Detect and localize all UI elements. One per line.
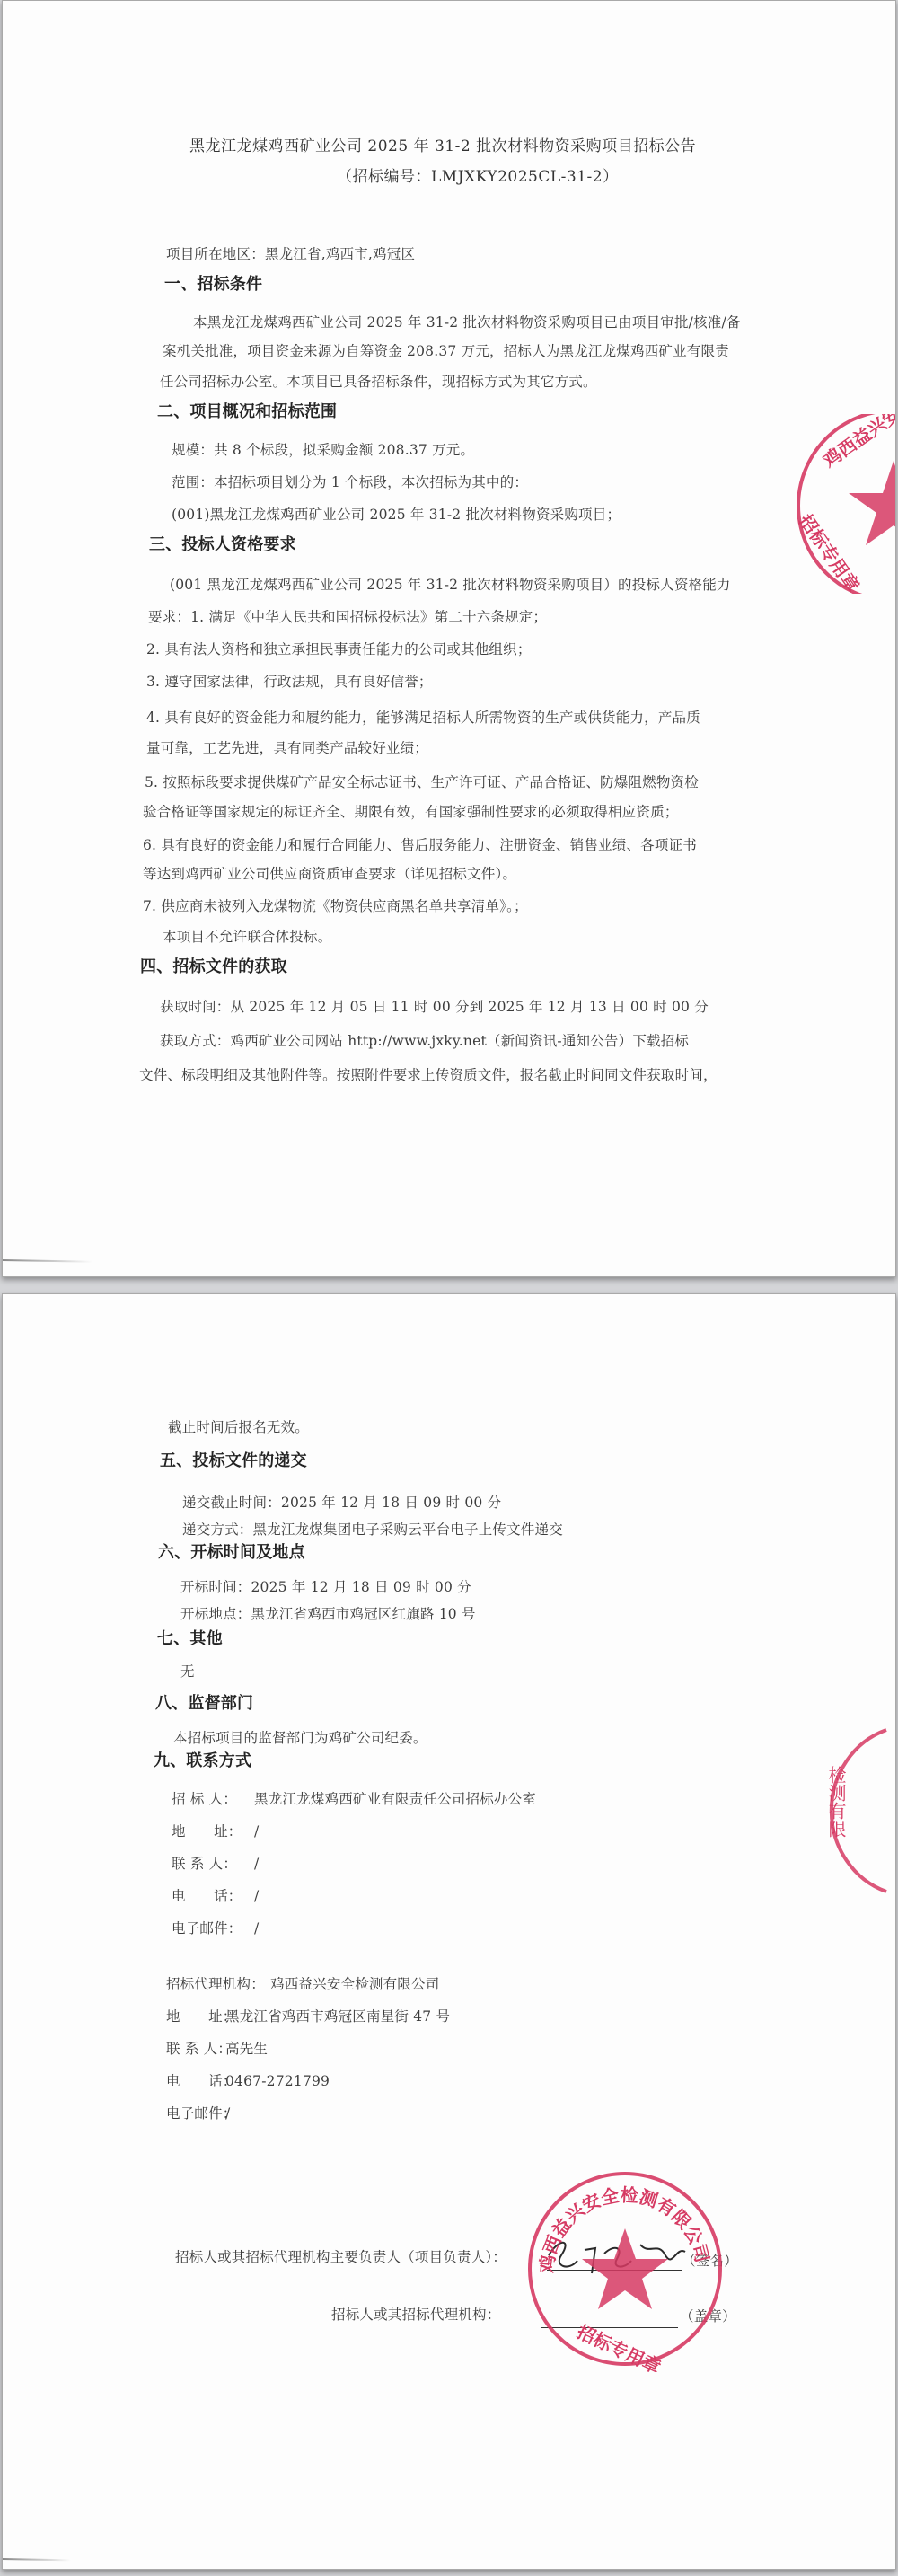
contact-label: 招标代理机构： bbox=[166, 1975, 265, 1993]
sign-suffix: （签名） bbox=[682, 2252, 738, 2270]
organization-label: 招标人或其招标代理机构： bbox=[331, 2306, 500, 2324]
agency-contact: 高先生 bbox=[225, 2040, 268, 2058]
cross-page-seal-icon: 检测有限 bbox=[811, 1712, 895, 1901]
contact-label: 招 标 人： bbox=[172, 1790, 237, 1808]
agency-email: / bbox=[225, 2104, 230, 2122]
paragraph-line: 等达到鸡西矿业公司供应商资质审查要求（详见招标文件）。 bbox=[143, 865, 516, 883]
section-heading: 五、投标文件的递交 bbox=[160, 1452, 307, 1470]
svg-text:招标专用章: 招标专用章 bbox=[574, 2321, 665, 2372]
handwritten-signature-icon bbox=[541, 2228, 694, 2291]
seal-stamp-icon: 鸡西益兴安 招标专用章 bbox=[782, 414, 896, 594]
tenderer-email: / bbox=[254, 1919, 259, 1937]
paragraph-line: 案机关批准，项目资金来源为自筹资金 208.37 万元，招标人为黑龙江龙煤鸡西矿… bbox=[163, 342, 729, 360]
contact-label: 地 址： bbox=[172, 1822, 242, 1840]
paragraph-line: (001)黑龙江龙煤鸡西矿业公司 2025 年 31-2 批次材料物资采购项目； bbox=[172, 506, 621, 524]
paragraph-line: 6. 具有良好的资金能力和履行合同能力、售后服务能力、注册资金、销售业绩、各项证… bbox=[143, 836, 697, 854]
paragraph-line: 获取时间：从 2025 年 12 月 05 日 11 时 00 分到 2025 … bbox=[160, 998, 709, 1016]
section-heading: 四、招标文件的获取 bbox=[140, 958, 287, 976]
paragraph-line: 文件、标段明细及其他附件等。按照附件要求上传资质文件，报名截止时间同文件获取时间… bbox=[139, 1066, 718, 1084]
paragraph-line: 本黑龙江龙煤鸡西矿业公司 2025 年 31-2 批次材料物资采购项目已由项目审… bbox=[193, 313, 741, 331]
paragraph-line: 截止时间后报名无效。 bbox=[168, 1418, 309, 1436]
section-heading: 八、监督部门 bbox=[155, 1695, 253, 1713]
tenderer-address: / bbox=[254, 1822, 259, 1840]
paragraph-line: 无 bbox=[180, 1663, 195, 1681]
paragraph-line: 本项目不允许联合体投标。 bbox=[163, 928, 331, 946]
paragraph-line: 范围：本招标项目划分为 1 个标段，本次招标为其中的： bbox=[172, 473, 528, 491]
paragraph-line: 2. 具有法人资格和独立承担民事责任能力的公司或其他组织； bbox=[146, 640, 532, 658]
svg-text:鸡西益兴安: 鸡西益兴安 bbox=[818, 414, 896, 472]
agency-address: 黑龙江省鸡西市鸡冠区南星街 47 号 bbox=[225, 2007, 450, 2025]
contact-label: 联 系 人： bbox=[172, 1855, 237, 1873]
paragraph-line: 7. 供应商未被列入龙煤物流《物资供应商黑名单共享清单》。； bbox=[143, 897, 528, 915]
section-heading: 九、联系方式 bbox=[154, 1752, 251, 1770]
section-heading: 一、招标条件 bbox=[164, 276, 262, 294]
section-heading: 二、项目概况和招标范围 bbox=[157, 403, 337, 421]
tenderer-name: 黑龙江龙煤鸡西矿业有限责任公司招标办公室 bbox=[254, 1790, 536, 1808]
seal-suffix: （盖章） bbox=[680, 2307, 736, 2325]
agency-phone: 0467-2721799 bbox=[225, 2072, 330, 2090]
tenderer-contact: / bbox=[254, 1855, 259, 1873]
agency-name: 鸡西益兴安全检测有限公司 bbox=[270, 1975, 439, 1993]
paragraph-line: 任公司招标办公室。本项目已具备招标条件，现招标方式为其它方式。 bbox=[160, 373, 597, 391]
responsible-person-label: 招标人或其招标代理机构主要负责人（项目负责人）： bbox=[175, 2248, 506, 2266]
paragraph-line: 本招标项目的监督部门为鸡矿公司纪委。 bbox=[173, 1729, 427, 1747]
paragraph-line: 3. 遵守国家法律，行政法规，具有良好信誉； bbox=[146, 673, 433, 691]
paragraph-line: 要求：1. 满足《中华人民共和国招标投标法》第二十六条规定； bbox=[148, 608, 547, 626]
svg-text:招标专用章: 招标专用章 bbox=[795, 510, 864, 594]
paragraph-line: (001 黑龙江龙煤鸡西矿业公司 2025 年 31-2 批次材料物资采购项目）… bbox=[170, 576, 731, 594]
document-page-1: 黑龙江龙煤鸡西矿业公司 2025 年 31-2 批次材料物资采购项目招标公告 （… bbox=[2, 0, 896, 1277]
page-curl bbox=[3, 2558, 71, 2561]
bid-number: （招标编号：LMJXKY2025CL-31-2） bbox=[337, 168, 619, 186]
document-page-2: 截止时间后报名无效。 五、投标文件的递交 递交截止时间：2025 年 12 月 … bbox=[2, 1293, 896, 2570]
paragraph-line: 开标时间：2025 年 12 月 18 日 09 时 00 分 bbox=[180, 1578, 471, 1596]
paragraph-line: 获取方式：鸡西矿业公司网站 http://www.jxky.net（新闻资讯-通… bbox=[160, 1032, 689, 1050]
paragraph-line: 验合格证等国家规定的标证齐全、期限有效，有国家强制性要求的必须取得相应资质； bbox=[143, 803, 679, 821]
contact-label: 电子邮件： bbox=[172, 1919, 242, 1937]
page-curl bbox=[3, 1259, 92, 1263]
tenderer-phone: / bbox=[254, 1887, 259, 1905]
section-heading: 七、其他 bbox=[157, 1630, 223, 1648]
contact-label: 联 系 人： bbox=[166, 2040, 232, 2058]
section-heading: 六、开标时间及地点 bbox=[158, 1544, 305, 1562]
section-heading: 三、投标人资格要求 bbox=[149, 536, 296, 554]
paragraph-line: 5. 按照标段要求提供煤矿产品安全标志证书、生产许可证、产品合格证、防爆阻燃物资… bbox=[145, 773, 699, 791]
paragraph-line: 量可靠，工艺先进，具有同类产品较好业绩； bbox=[146, 739, 428, 757]
svg-text:检测有限: 检测有限 bbox=[825, 1766, 847, 1838]
document-title: 黑龙江龙煤鸡西矿业公司 2025 年 31-2 批次材料物资采购项目招标公告 bbox=[189, 137, 696, 155]
paragraph-line: 4. 具有良好的资金能力和履约能力，能够满足招标人所需物资的生产或供货能力，产品… bbox=[146, 709, 700, 727]
contact-label: 电 话： bbox=[172, 1887, 242, 1905]
seal-line bbox=[541, 2327, 678, 2328]
paragraph-line: 规模：共 8 个标段，拟采购金额 208.37 万元。 bbox=[172, 441, 474, 459]
paragraph-line: 开标地点：黑龙江省鸡西市鸡冠区红旗路 10 号 bbox=[180, 1605, 476, 1623]
project-location: 项目所在地区：黑龙江省,鸡西市,鸡冠区 bbox=[166, 245, 415, 263]
signature-line bbox=[547, 2270, 682, 2271]
paragraph-line: 递交方式：黑龙江龙煤集团电子采购云平台电子上传文件递交 bbox=[182, 1521, 563, 1539]
paragraph-line: 递交截止时间：2025 年 12 月 18 日 09 时 00 分 bbox=[182, 1494, 501, 1512]
